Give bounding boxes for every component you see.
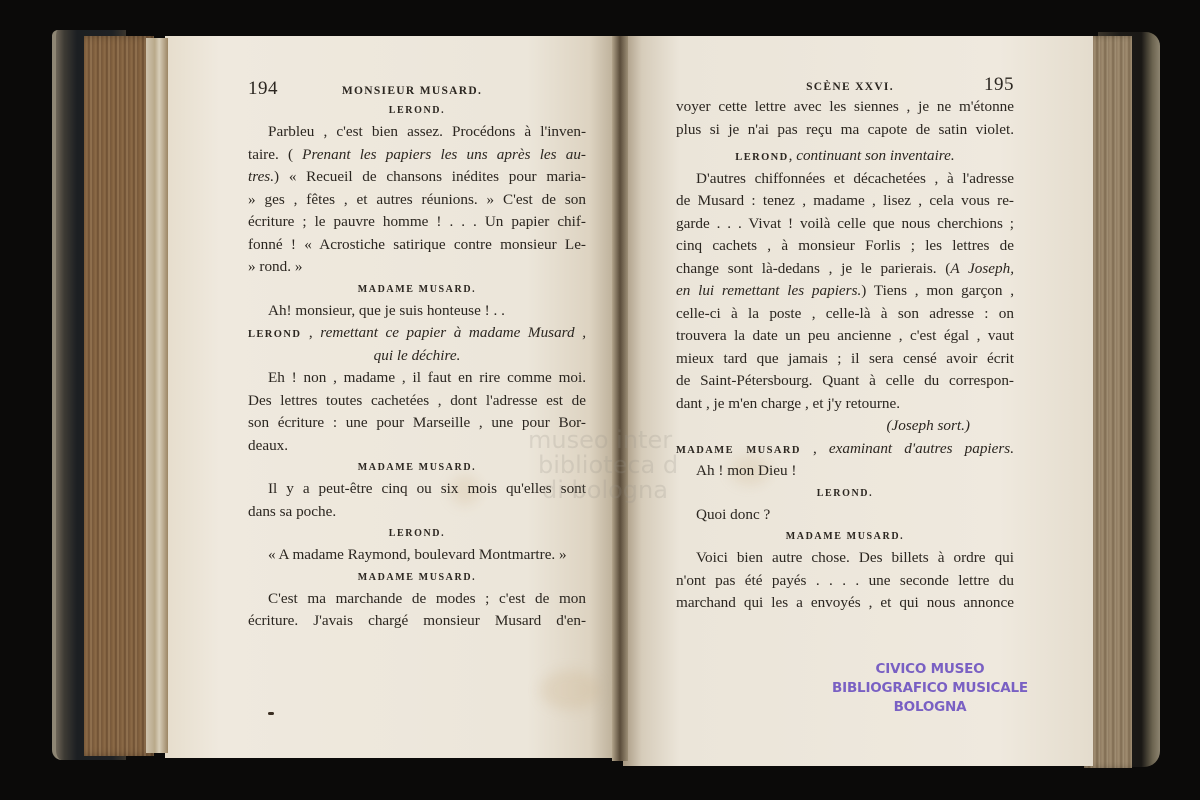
text-line: écriture ; le pauvre homme ! . . . Un pa…: [248, 211, 586, 234]
text-line: Voici bien autre chose. Des billets à or…: [676, 547, 1014, 570]
text-line: deaux.: [248, 435, 586, 458]
text-line: celle-ci à la poste , celle-là à son adr…: [676, 303, 1014, 326]
stage-direction: qui le déchire.: [248, 345, 586, 368]
text-line: écriture. J'avais chargé monsieur Musard…: [248, 610, 586, 633]
text-line: Quoi donc ?: [676, 504, 1014, 527]
text-line: C'est ma marchande de modes ; c'est de m…: [248, 588, 586, 611]
left-running-header: 194 MONSIEUR MUSARD.: [248, 78, 586, 100]
left-page-text: 194 MONSIEUR MUSARD. LEROND. Parbleu , c…: [248, 78, 586, 633]
text-line: Il y a peut-être cinq ou six mois qu'ell…: [248, 478, 586, 501]
text-line: voyer cette lettre avec les siennes , je…: [676, 96, 1014, 119]
text-line: fonné ! « Acrostiche satirique contre mo…: [248, 234, 586, 257]
speaker-label: MADAME MUSARD.: [248, 279, 586, 300]
text-line: » ges , fêtes , et autres réunions. » C'…: [248, 189, 586, 212]
right-running-header: SCÈNE XXVI. 195: [676, 74, 1014, 96]
left-page-inner-edge: [146, 38, 168, 753]
text-line: garde . . . Vivat ! voilà celle que nous…: [676, 213, 1014, 236]
text-line: Eh ! non , madame , il faut en rire comm…: [248, 367, 586, 390]
left-page-edges: [84, 36, 154, 756]
text-line: Des lettres toutes cachetées , dont l'ad…: [248, 390, 586, 413]
text-line: tres.) « Recueil de chansons inédites po…: [248, 166, 586, 189]
text-line: son écriture : une pour Marseille , une …: [248, 412, 586, 435]
page-number: 194: [248, 78, 278, 101]
text-line: de Musard : tenez , madame , lisez , cel…: [676, 190, 1014, 213]
text-line: Parbleu , c'est bien assez. Procédons à …: [248, 121, 586, 144]
speaker-label: LEROND.: [248, 100, 586, 121]
library-stamp: CIVICO MUSEO BIBLIOGRAFICO MUSICALE BOLO…: [830, 660, 1030, 717]
speaker-direction-line: LEROND , remettant ce papier à madame Mu…: [248, 322, 586, 345]
speaker-label: LEROND.: [676, 483, 1014, 504]
text-line: taire. ( Prenant les papiers les uns apr…: [248, 144, 586, 167]
text-line: marchand qui les a envoyés , et qui nous…: [676, 592, 1014, 615]
text-line: n'ont pas été payés . . . . une seconde …: [676, 570, 1014, 593]
book-gutter: [612, 36, 628, 761]
text-line: trouvera la date un peu ancienne , c'est…: [676, 325, 1014, 348]
speaker-label: MADAME MUSARD.: [676, 526, 1014, 547]
text-line: en lui remettant les papiers.) Tiens , m…: [676, 280, 1014, 303]
speaker-label: MADAME MUSARD.: [248, 457, 586, 478]
text-line: dant , je m'en charge , et j'y retourne.: [676, 393, 1014, 416]
stage-direction: (Joseph sort.): [676, 415, 1014, 438]
text-line: plus si je n'ai pas reçu ma capote de sa…: [676, 119, 1014, 142]
open-book-scan: 194 MONSIEUR MUSARD. LEROND. Parbleu , c…: [0, 0, 1200, 800]
text-line: de Saint-Pétersbourg. Quant à celle du c…: [676, 370, 1014, 393]
speaker-direction-line: LEROND, continuant son inventaire.: [676, 145, 1014, 168]
speaker-label: LEROND.: [248, 523, 586, 544]
speaker-label: MADAME MUSARD.: [248, 567, 586, 588]
speaker-direction-line: MADAME MUSARD , examinant d'autres papie…: [676, 438, 1014, 461]
text-line: Ah! monsieur, que je suis honteuse ! . .: [248, 300, 586, 323]
text-line: dans sa poche.: [248, 501, 586, 524]
text-line: « A madame Raymond, boulevard Montmartre…: [248, 544, 586, 567]
text-line: change sont là-dedans , je le parierais.…: [676, 258, 1014, 281]
text-line: D'autres chiffonnées et décachetées , à …: [676, 168, 1014, 191]
ink-speck: [268, 712, 274, 715]
text-line: mieux tard que jamais ; il sera censé av…: [676, 348, 1014, 371]
page-number: 195: [984, 74, 1014, 97]
text-line: cinq cachets , à monsieur Forlis ; les l…: [676, 235, 1014, 258]
foxing-stain: [540, 670, 600, 710]
text-line: Ah ! mon Dieu !: [676, 460, 1014, 483]
text-line: » rond. »: [248, 256, 586, 279]
right-page-text: SCÈNE XXVI. 195 voyer cette lettre avec …: [676, 74, 1014, 615]
